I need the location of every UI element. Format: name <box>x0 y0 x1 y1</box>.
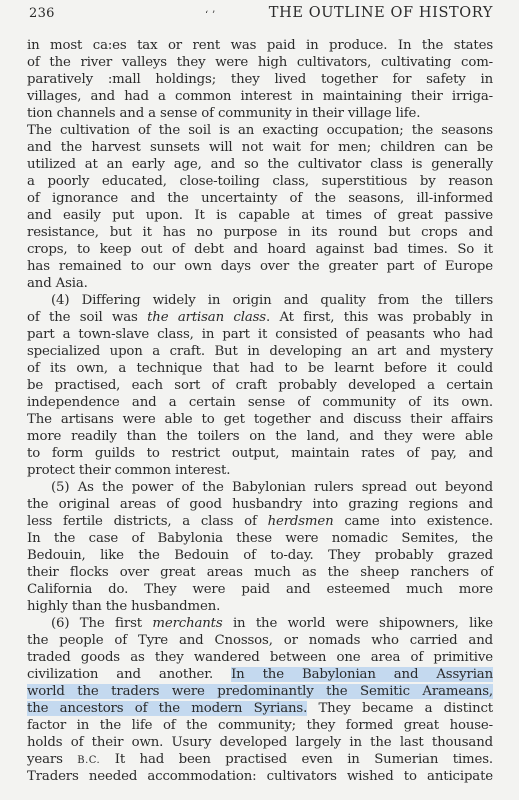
text-line: less fertile districts, a class of herds… <box>27 513 493 530</box>
text-line: California do. They were paid and esteem… <box>27 581 493 598</box>
line-text: They became a distinct <box>307 701 493 716</box>
text-line: of the soil was the artisan class. At fi… <box>27 309 493 326</box>
text-line: traded goods as they wandered between on… <box>27 649 493 666</box>
line-text: has remained to our own days over the gr… <box>27 259 493 274</box>
line-text: tion channels and a sense of community i… <box>27 106 420 121</box>
text-line: of its own, a technique that had to be l… <box>27 360 493 377</box>
text-line: a poorly educated, close-toiling class, … <box>27 173 493 190</box>
line-text: civilization and another. <box>27 667 231 682</box>
line-text: factor in the life of the community; the… <box>27 718 493 733</box>
text-line: and the harvest sunsets will not wait fo… <box>27 139 493 156</box>
text-line: resistance, but it has no purpose in its… <box>27 224 493 241</box>
text-line: of the river valleys they were high cult… <box>27 54 493 71</box>
print-speck: ‘ ’ <box>205 10 215 21</box>
line-text: It had been practised even in Sumerian t… <box>100 752 493 767</box>
text-line: factor in the life of the community; the… <box>27 717 493 734</box>
line-text: of the soil was <box>27 310 147 325</box>
line-text: specialized upon a craft. But in develop… <box>27 344 493 359</box>
line-text: independence and a certain sense of comm… <box>27 395 493 410</box>
text-line: tion channels and a sense of community i… <box>27 105 493 122</box>
line-text: California do. They were paid and esteem… <box>27 582 493 597</box>
line-text: the people of Tyre and Cnossos, or nomad… <box>27 633 493 648</box>
line-text: more readily than the toilers on the lan… <box>27 429 493 444</box>
line-text: paratively :mall holdings; they lived to… <box>27 72 493 87</box>
body-text[interactable]: in most ca:es tax or rent was paid in pr… <box>27 37 493 785</box>
text-line: The artisans were able to get together a… <box>27 411 493 428</box>
page-number: 236 <box>29 6 55 21</box>
line-text: In the case of Babylonia these were noma… <box>27 531 493 546</box>
line-text: and the harvest sunsets will not wait fo… <box>27 140 493 155</box>
line-text: their flocks over great areas much as th… <box>27 565 493 580</box>
text-line: (4) Differing widely in origin and quali… <box>27 292 493 309</box>
text-line: years B.C. It had been practised even in… <box>27 751 493 768</box>
line-text: holds of their own. Usury developed larg… <box>27 735 493 750</box>
text-line: in most ca:es tax or rent was paid in pr… <box>27 37 493 54</box>
line-text: (6) The first <box>51 616 152 631</box>
text-line: highly than the husbandmen. <box>27 598 493 615</box>
line-text: of the river valleys they were high cult… <box>27 55 493 70</box>
text-line: and Asia. <box>27 275 493 292</box>
text-line: more readily than the toilers on the lan… <box>27 428 493 445</box>
line-text: the original areas of good husbandry int… <box>27 497 493 512</box>
line-text: utilized at an early age, and so the cul… <box>27 157 493 172</box>
text-line: to form guilds to restrict output, maint… <box>27 445 493 462</box>
line-text: Traders needed accommodation: cultivator… <box>27 769 493 784</box>
italic-term: merchants <box>152 616 222 631</box>
line-text: The cultivation of the soil is an exacti… <box>27 123 493 138</box>
text-line: world the traders were predominantly the… <box>27 683 493 700</box>
text-line: utilized at an early age, and so the cul… <box>27 156 493 173</box>
highlighted-selection[interactable]: world the traders were predominantly the… <box>27 684 493 699</box>
line-text: less fertile districts, a class of <box>27 514 268 529</box>
text-line: protect their common interest. <box>27 462 493 479</box>
text-line: the people of Tyre and Cnossos, or nomad… <box>27 632 493 649</box>
line-text: and Asia. <box>27 276 88 291</box>
line-text: to form guilds to restrict output, maint… <box>27 446 493 461</box>
line-text: in the world were shipowners, like <box>223 616 493 631</box>
text-line: and easily put upon. It is capable at ti… <box>27 207 493 224</box>
running-title: THE OUTLINE OF HISTORY <box>269 5 493 21</box>
line-text: a poorly educated, close-toiling class, … <box>27 174 493 189</box>
italic-term: the artisan class <box>147 310 266 325</box>
small-caps-text: B.C. <box>77 755 100 766</box>
line-text: protect their common interest. <box>27 463 230 478</box>
text-line: crops, to keep out of debt and hoard aga… <box>27 241 493 258</box>
text-line: The cultivation of the soil is an exacti… <box>27 122 493 139</box>
line-text: came into existence. <box>334 514 493 529</box>
page-header: 236 ‘ ’ THE OUTLINE OF HISTORY <box>27 4 493 24</box>
text-line: of ignorance and the uncertainty of the … <box>27 190 493 207</box>
text-line: paratively :mall holdings; they lived to… <box>27 71 493 88</box>
line-text: of its own, a technique that had to be l… <box>27 361 493 376</box>
italic-term: herdsmen <box>268 514 334 529</box>
text-line: Bedouin, like the Bedouin of to-day. The… <box>27 547 493 564</box>
line-text: Bedouin, like the Bedouin of to-day. The… <box>27 548 493 563</box>
text-line: the original areas of good husbandry int… <box>27 496 493 513</box>
text-line: (6) The first merchants in the world wer… <box>27 615 493 632</box>
text-line: holds of their own. Usury developed larg… <box>27 734 493 751</box>
text-line: the ancestors of the modern Syrians. The… <box>27 700 493 717</box>
highlighted-selection[interactable]: In the Babylonian and Assyrian <box>231 667 493 682</box>
line-text: crops, to keep out of debt and hoard aga… <box>27 242 493 257</box>
line-text: in most ca:es tax or rent was paid in pr… <box>27 38 493 53</box>
line-text: traded goods as they wandered between on… <box>27 650 493 665</box>
text-line: (5) As the power of the Babylonian ruler… <box>27 479 493 496</box>
line-text: part a town-slave class, in part it cons… <box>27 327 493 342</box>
text-line: civilization and another. In the Babylon… <box>27 666 493 683</box>
line-text: be practised, each sort of craft probabl… <box>27 378 493 393</box>
text-line: Traders needed accommodation: cultivator… <box>27 768 493 785</box>
text-line: their flocks over great areas much as th… <box>27 564 493 581</box>
line-text: . At first, this was probably in <box>266 310 493 325</box>
book-page: 236 ‘ ’ THE OUTLINE OF HISTORY in most c… <box>0 0 519 800</box>
text-line: In the case of Babylonia these were noma… <box>27 530 493 547</box>
text-line: independence and a certain sense of comm… <box>27 394 493 411</box>
line-text: years <box>27 752 77 767</box>
line-text: of ignorance and the uncertainty of the … <box>27 191 493 206</box>
line-text: (5) As the power of the Babylonian ruler… <box>51 480 493 495</box>
text-line: specialized upon a craft. But in develop… <box>27 343 493 360</box>
text-line: has remained to our own days over the gr… <box>27 258 493 275</box>
text-line: be practised, each sort of craft probabl… <box>27 377 493 394</box>
highlighted-selection[interactable]: the ancestors of the modern Syrians. <box>27 701 307 716</box>
line-text: highly than the husbandmen. <box>27 599 220 614</box>
text-line: part a town-slave class, in part it cons… <box>27 326 493 343</box>
line-text: and easily put upon. It is capable at ti… <box>27 208 493 223</box>
text-line: villages, and had a common interest in m… <box>27 88 493 105</box>
line-text: The artisans were able to get together a… <box>27 412 493 427</box>
line-text: villages, and had a common interest in m… <box>27 89 493 104</box>
line-text: (4) Differing widely in origin and quali… <box>51 293 493 308</box>
line-text: resistance, but it has no purpose in its… <box>27 225 493 240</box>
